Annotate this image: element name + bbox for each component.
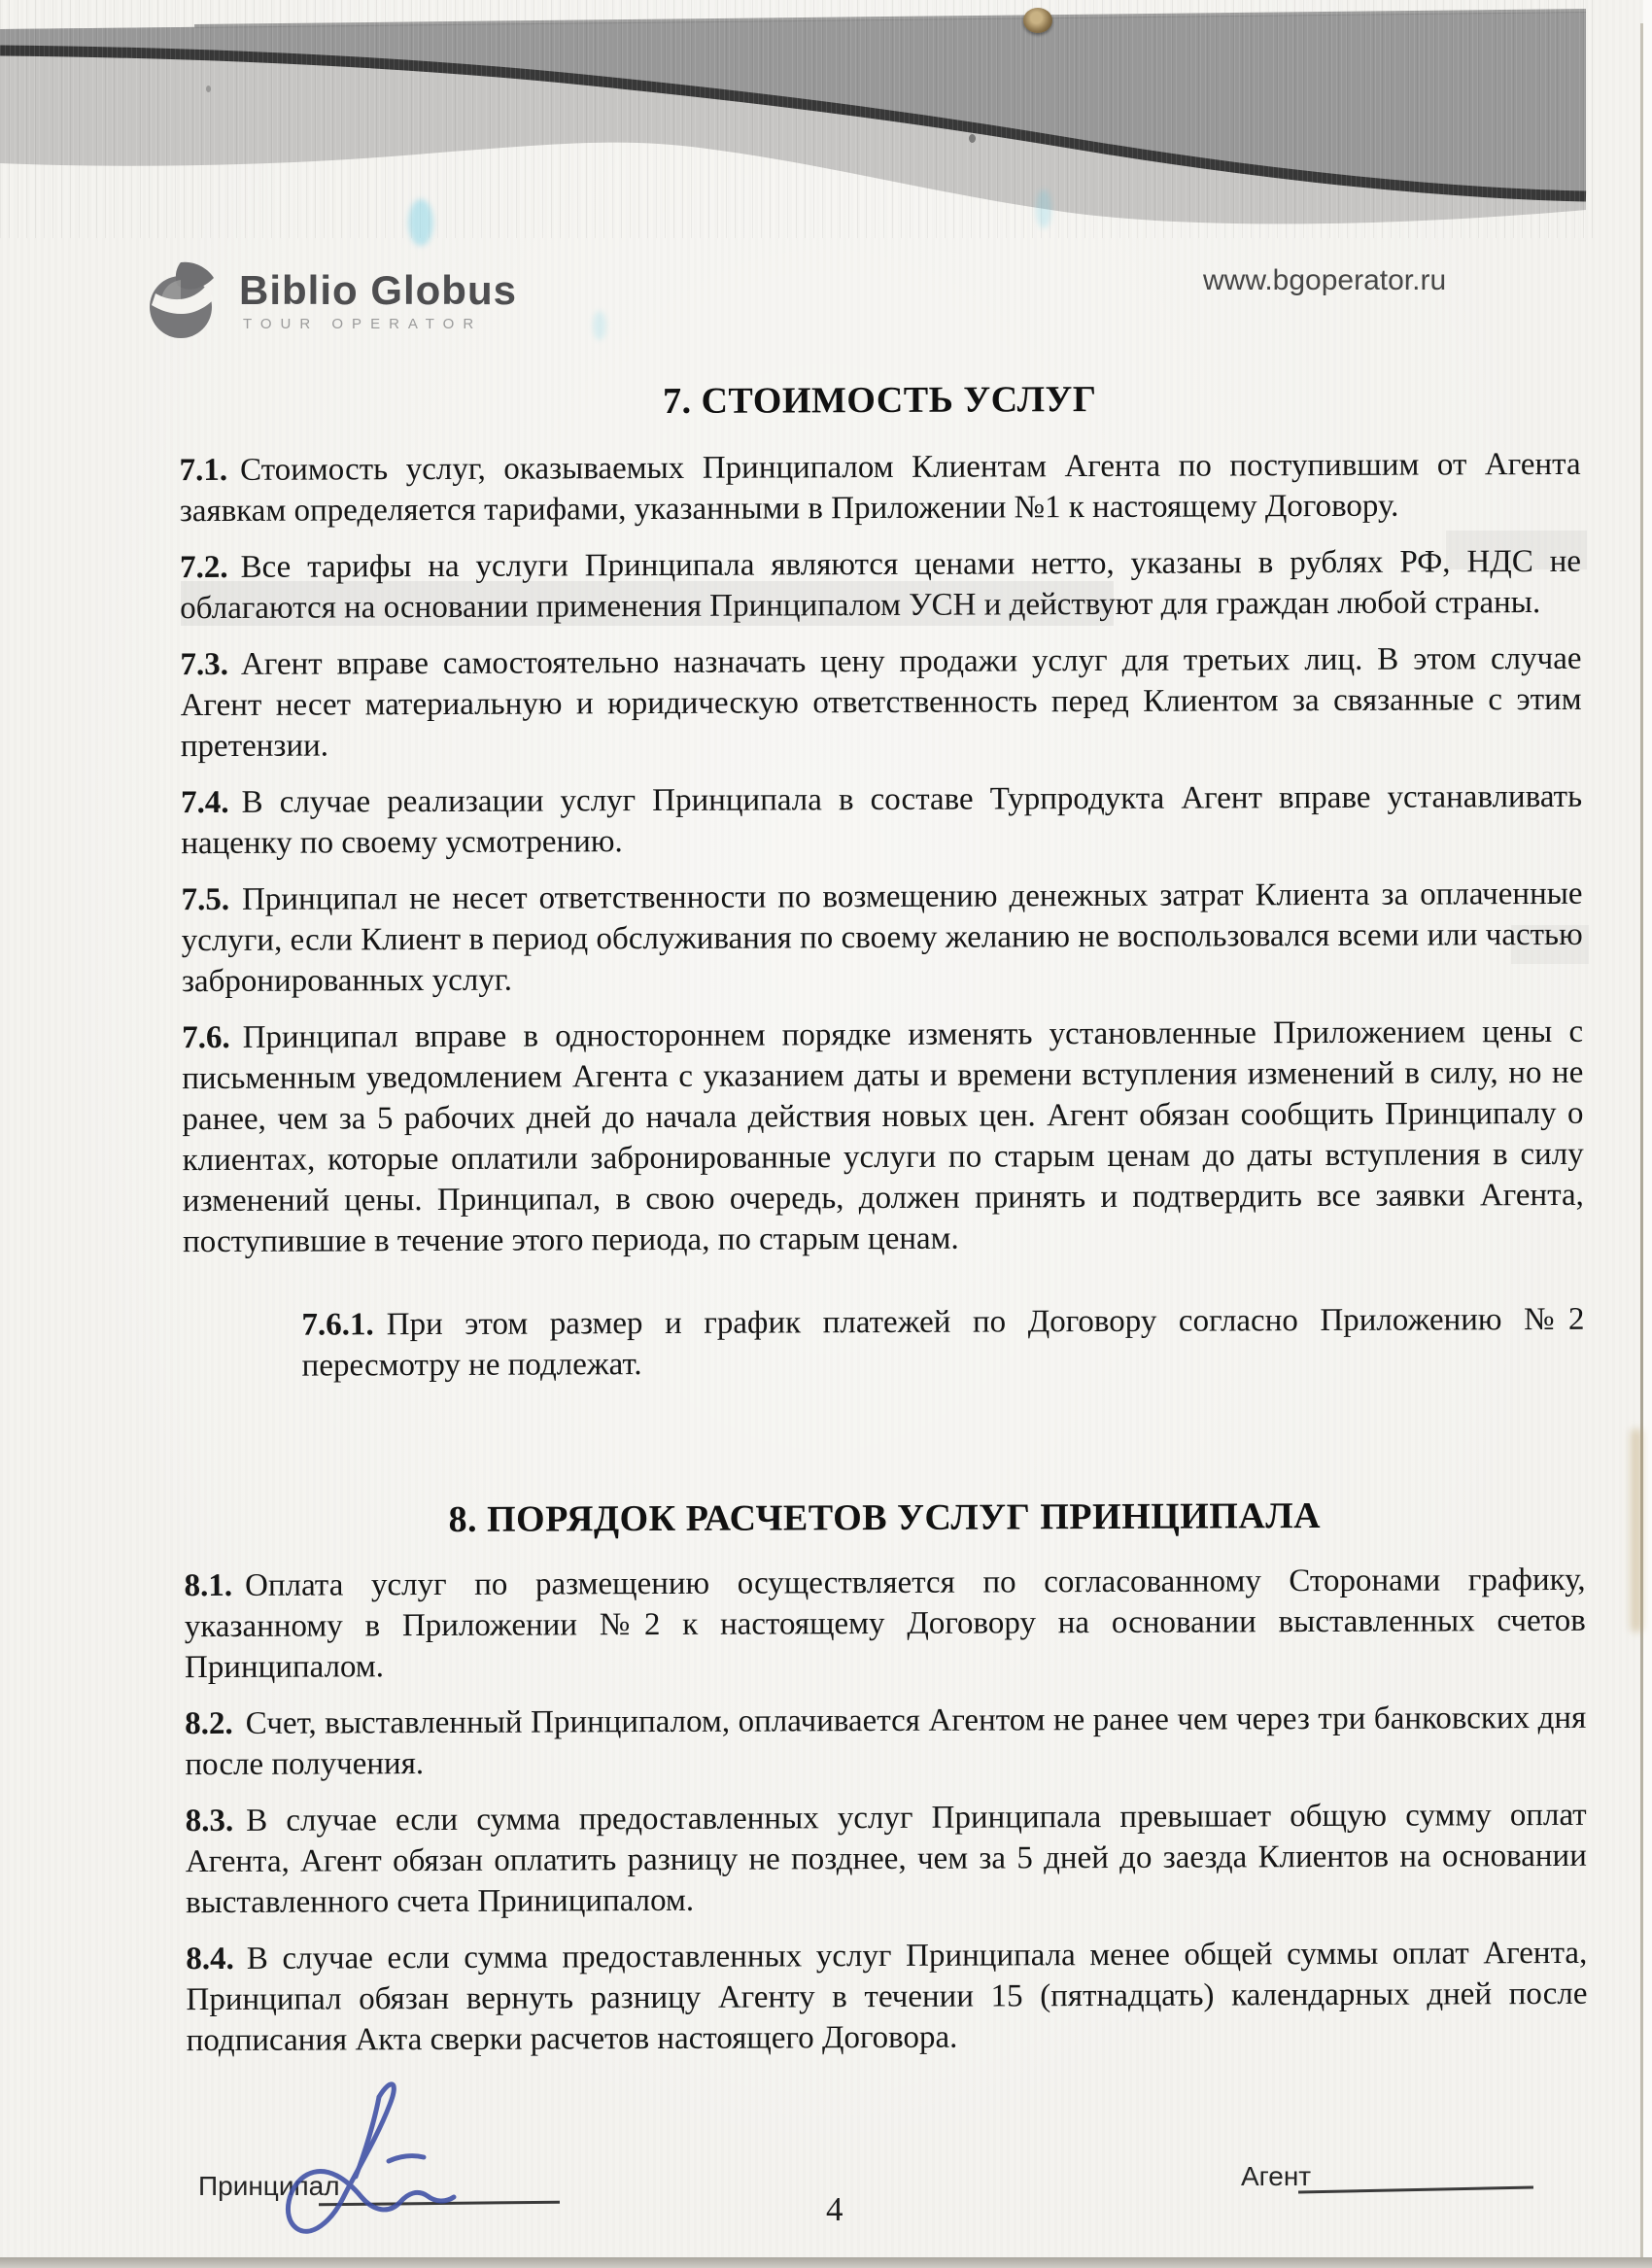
paragraph-number: 8.4.	[186, 1942, 234, 1976]
scan-speck	[206, 86, 211, 92]
paragraph-text: В случае если сумма предоставленных услу…	[186, 1798, 1587, 1920]
paragraph-number: 7.6.1.	[301, 1307, 373, 1342]
paragraph-7-6-1: 7.6.1.При этом размер и график платежей …	[301, 1299, 1584, 1387]
paragraph-text: В случае реализации услуг Принципала в с…	[181, 779, 1582, 861]
principal-signature-scribble	[241, 2076, 484, 2260]
paragraph-text: Агент вправе самостоятельно назначать це…	[181, 641, 1582, 764]
section-8-title: 8. ПОРЯДОК РАСЧЕТОВ УСЛУГ ПРИНЦИПАЛА	[184, 1492, 1585, 1544]
paragraph-7-2: 7.2.Все тарифы на услуги Принципала явля…	[180, 541, 1581, 629]
paragraph-text: Все тарифы на услуги Принципала являются…	[180, 544, 1581, 626]
paragraph-number: 7.2.	[180, 550, 228, 585]
paragraph-text: Счет, выставленный Принципалом, оплачива…	[185, 1701, 1586, 1782]
paragraph-text: Принципал не несет ответственности по во…	[182, 876, 1583, 999]
wave-banner-graphic	[0, 0, 1652, 253]
paragraph-7-6: 7.6.Принципал вправе в одностороннем пор…	[182, 1012, 1584, 1262]
paragraph-8-3: 8.3.В случае если сумма предоставленных …	[186, 1795, 1588, 1923]
logo-tagline-text: TOUR OPERATOR	[243, 316, 482, 332]
staple-fastener-mark	[1023, 8, 1052, 33]
page-bottom-edge	[0, 2257, 1652, 2268]
paragraph-number: 8.3.	[186, 1804, 234, 1838]
scan-speck	[969, 134, 976, 143]
logo-brand-text: Biblio Globus	[239, 267, 517, 314]
biblio-globus-logo-icon	[144, 260, 222, 342]
agent-signature-line	[1298, 2185, 1533, 2193]
scan-right-margin	[1643, 0, 1652, 2268]
scanned-contract-page: Biblio Globus TOUR OPERATOR www.bgoperat…	[0, 0, 1652, 2268]
page-edge-stain	[1631, 1428, 1642, 1632]
paragraph-text: Стоимость услуг, оказываемых Принципалом…	[180, 447, 1581, 529]
paragraph-8-2: 8.2.Счет, выставленный Принципалом, опла…	[185, 1698, 1586, 1785]
paragraph-number: 8.2.	[185, 1706, 233, 1741]
paragraph-number: 7.4.	[181, 785, 229, 820]
paragraph-number: 7.5.	[181, 882, 229, 917]
contract-body: 7. СТОИМОСТЬ УСЛУГ 7.1.Стоимость услуг, …	[179, 374, 1588, 2077]
page-number: 4	[826, 2190, 843, 2229]
paragraph-text: Принципал вправе в одностороннем порядке…	[182, 1014, 1584, 1259]
paragraph-7-1: 7.1.Стоимость услуг, оказываемых Принцип…	[180, 444, 1581, 532]
website-url: www.bgoperator.ru	[1203, 264, 1446, 297]
paragraph-text: Оплата услуг по размещению осуществляетс…	[185, 1563, 1586, 1685]
paragraph-7-4: 7.4.В случае реализации услуг Принципала…	[181, 776, 1582, 864]
letterhead-wave-banner	[0, 0, 1652, 253]
agent-label: Агент	[1241, 2161, 1311, 2192]
paragraph-text: В случае если сумма предоставленных услу…	[186, 1936, 1587, 2058]
scan-color-smudge	[408, 199, 433, 246]
section-7-title: 7. СТОИМОСТЬ УСЛУГ	[179, 374, 1580, 427]
paragraph-number: 7.1.	[180, 453, 228, 488]
paragraph-8-4: 8.4.В случае если сумма предоставленных …	[186, 1933, 1588, 2061]
paragraph-number: 7.3.	[180, 647, 228, 682]
paragraph-number: 7.6.	[182, 1020, 230, 1055]
paragraph-7-5: 7.5.Принципал не несет ответственности п…	[181, 874, 1583, 1002]
scan-color-smudge	[1036, 189, 1051, 228]
paragraph-7-3: 7.3.Агент вправе самостоятельно назначат…	[180, 638, 1582, 767]
page-edge-line	[1640, 23, 1643, 2260]
paragraph-number: 8.1.	[185, 1568, 233, 1603]
paragraph-8-1: 8.1.Оплата услуг по размещению осуществл…	[185, 1560, 1587, 1688]
paragraph-text: При этом размер и график платежей по Дог…	[302, 1302, 1585, 1384]
biblio-globus-logo: Biblio Globus TOUR OPERATOR	[144, 260, 649, 348]
